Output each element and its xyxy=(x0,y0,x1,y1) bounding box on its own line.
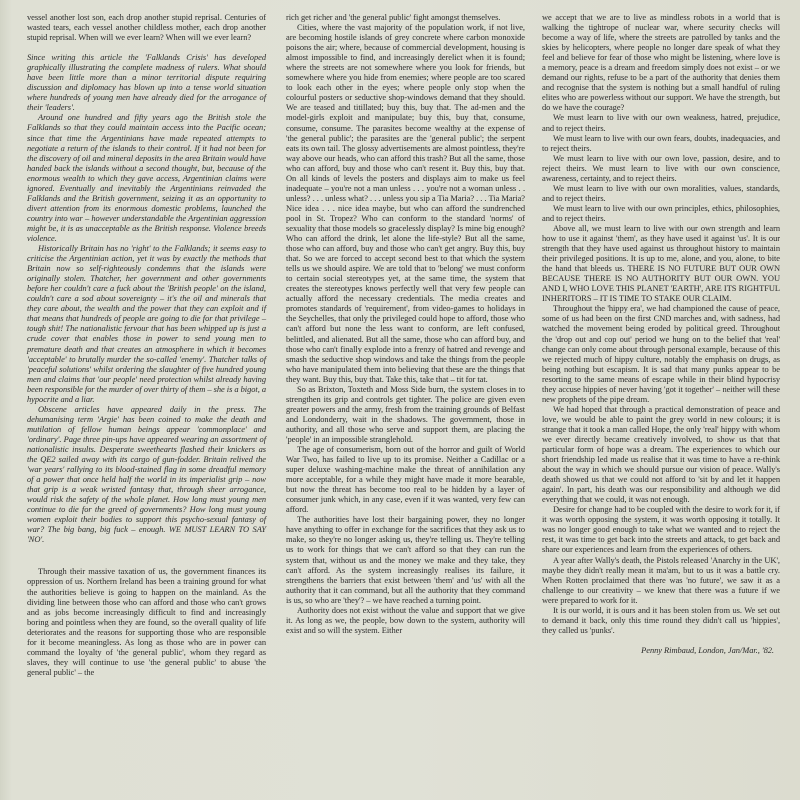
paragraph: Authority does not exist without the val… xyxy=(286,605,525,635)
paragraph: Obscene articles have appeared daily in … xyxy=(27,404,266,545)
paragraph: A year after Wally's death, the Pistols … xyxy=(542,555,780,605)
paragraph: We must learn to live with our own fears… xyxy=(542,133,780,153)
paragraph: Throughout the 'hippy era', we had champ… xyxy=(542,303,780,403)
paragraph: So as Brixton, Toxteth and Moss Side bur… xyxy=(286,384,525,444)
paragraph: We must learn to live with our own weakn… xyxy=(542,112,780,132)
paragraph: Cities, where the vast majority of the p… xyxy=(286,22,525,384)
paragraph: Above all, we must learn to live with ou… xyxy=(542,223,780,303)
scanned-page: vessel another lost son, each drop anoth… xyxy=(0,0,800,800)
paragraph: It is our world, it is ours and it has b… xyxy=(542,605,780,635)
paragraph: Historically Britain has no 'right' to t… xyxy=(27,243,266,404)
paragraph: Desire for change had to be coupled with… xyxy=(542,504,780,554)
column-right: we accept that we are to live as mindles… xyxy=(542,12,780,655)
paragraph: Around one hundred and fifty years ago t… xyxy=(27,112,266,243)
paragraph: We must learn to live with our own princ… xyxy=(542,203,780,223)
paragraph: Since writing this article the 'Falkland… xyxy=(27,52,266,112)
column-middle: rich get richer and 'the general public'… xyxy=(286,12,525,635)
paragraph: We must learn to live with our own love,… xyxy=(542,153,780,183)
paragraph: We had hoped that through a practical de… xyxy=(542,404,780,504)
paragraph: vessel another lost son, each drop anoth… xyxy=(27,12,266,42)
paragraph: rich get richer and 'the general public'… xyxy=(286,12,525,22)
paragraph: We must learn to live with our own moral… xyxy=(542,183,780,203)
paragraph: The authorities have lost their bargaini… xyxy=(286,514,525,604)
paragraph: we accept that we are to live as mindles… xyxy=(542,12,780,112)
paragraph: Through their massive taxation of us, th… xyxy=(27,566,266,677)
author-signature: Penny Rimbaud, London, Jan/Mar., '82. xyxy=(542,645,780,655)
column-left: vessel another lost son, each drop anoth… xyxy=(27,12,266,677)
paragraph: The age of consumerism, born out of the … xyxy=(286,444,525,514)
